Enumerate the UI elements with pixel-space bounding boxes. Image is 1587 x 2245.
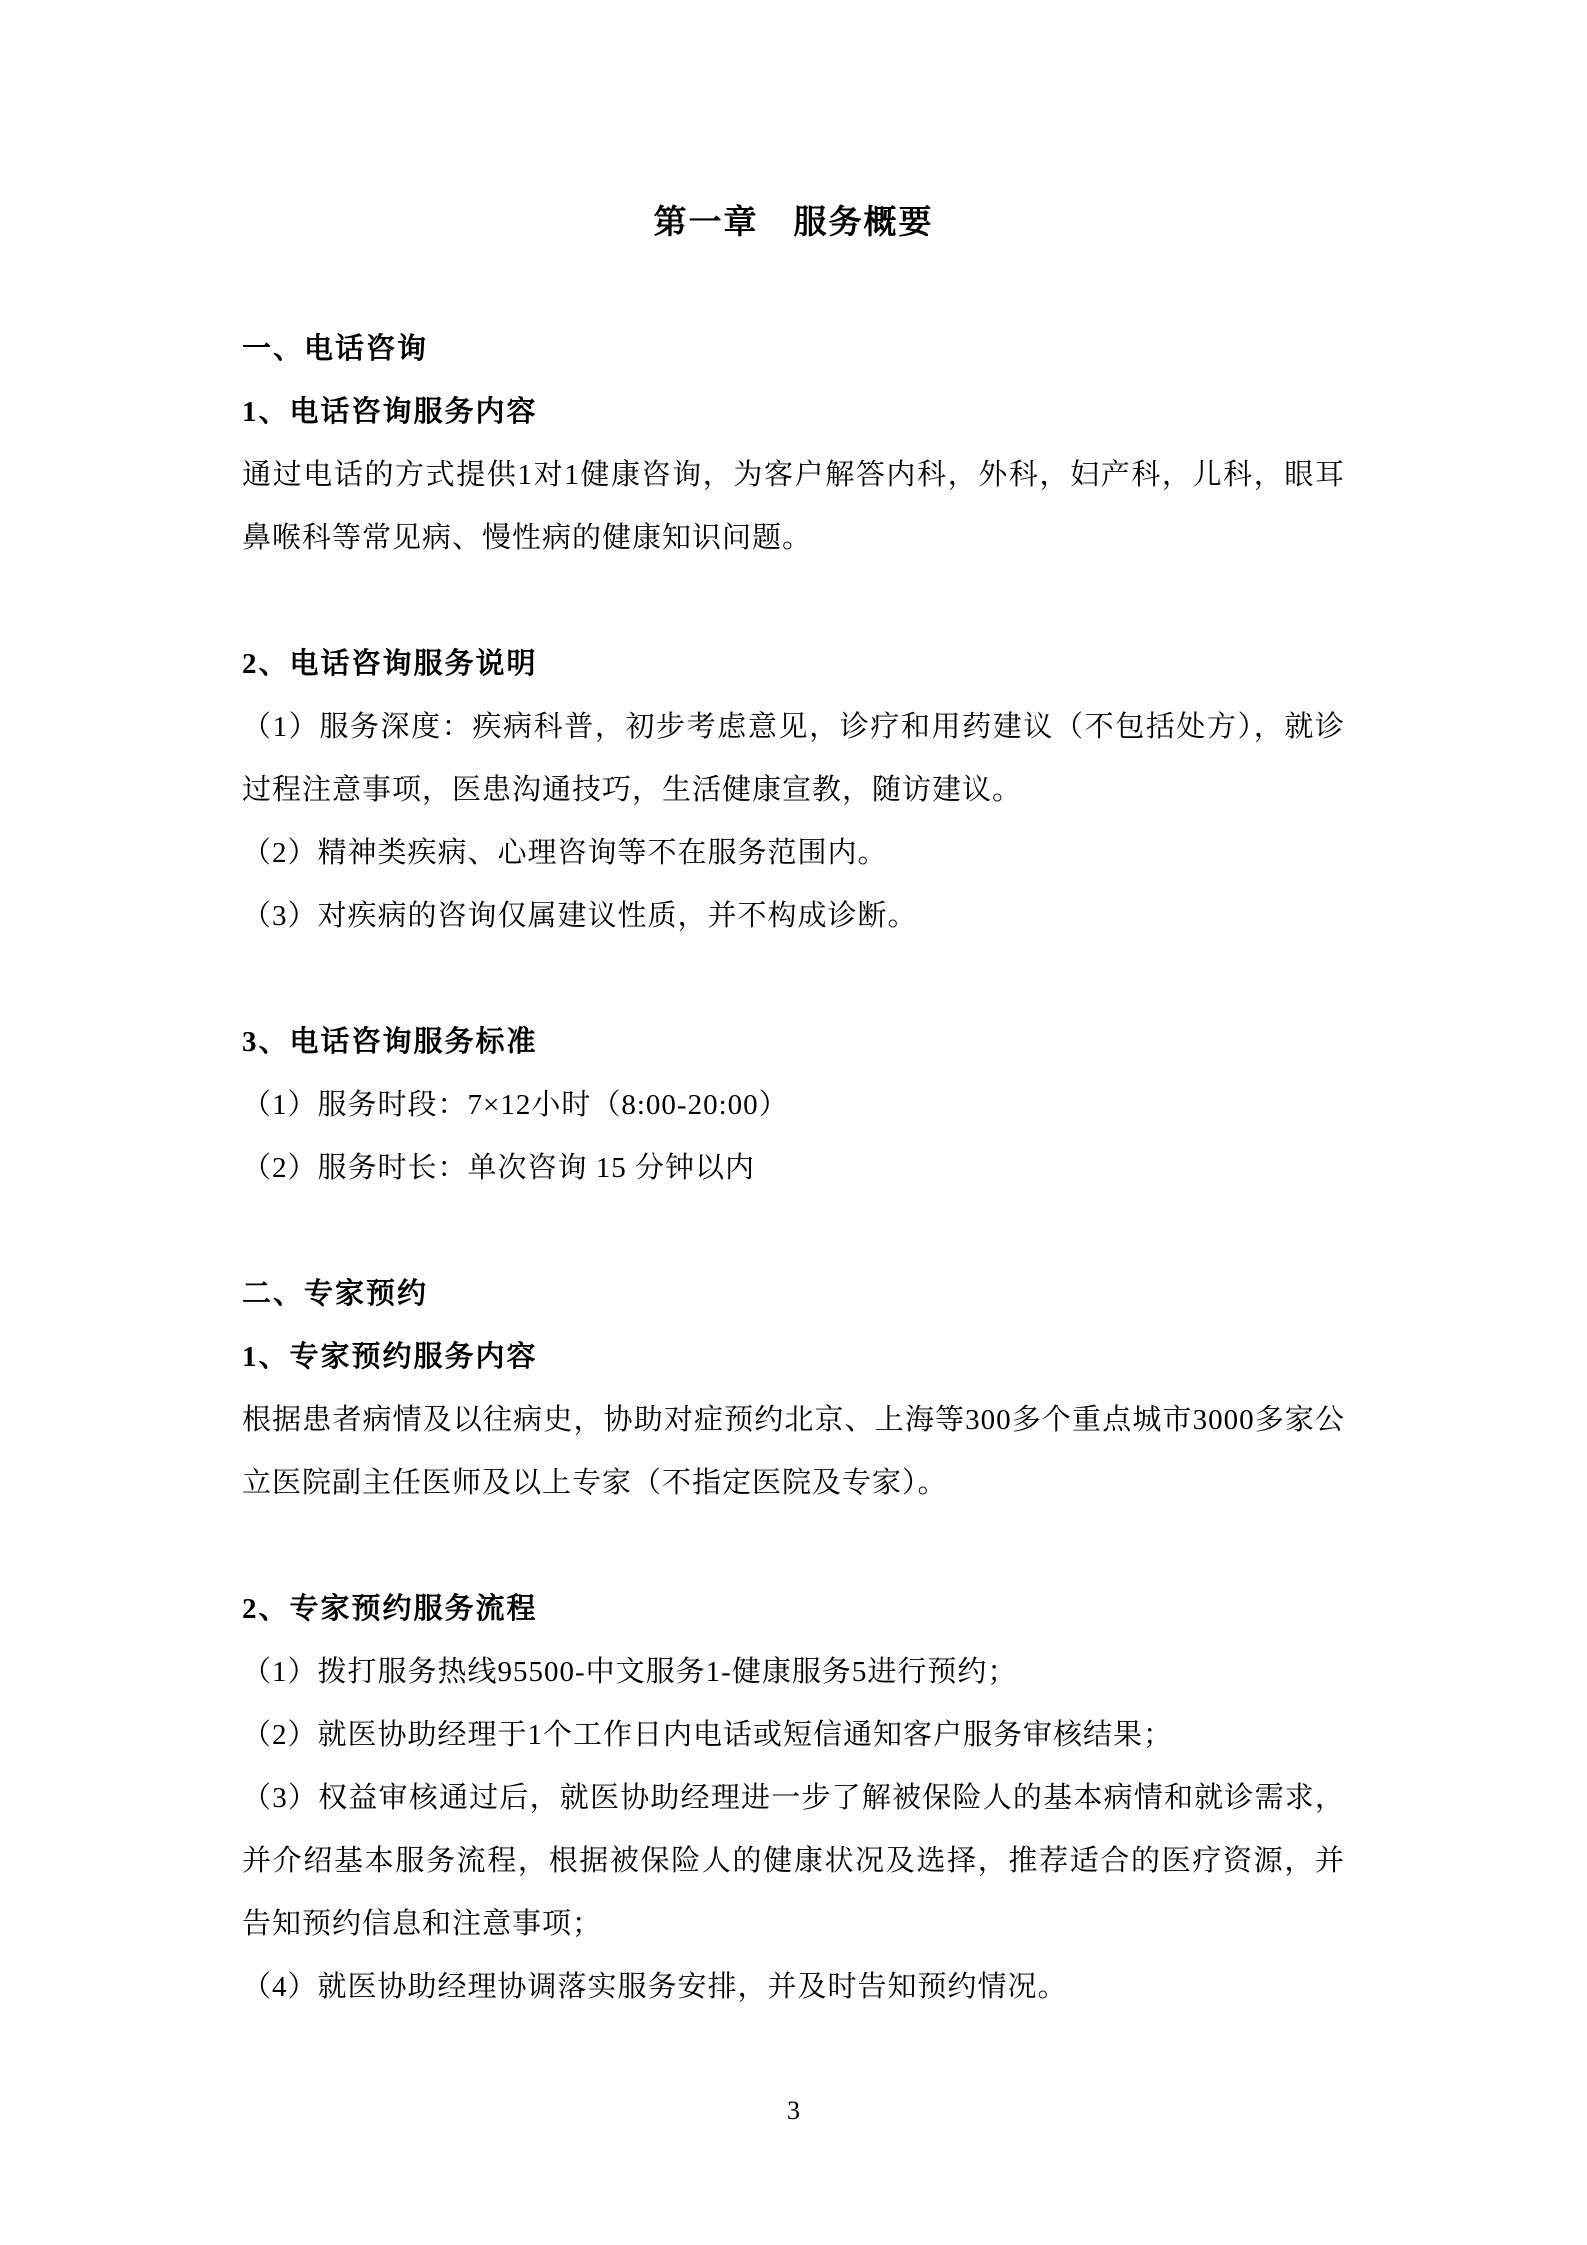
paragraph: （3）对疾病的咨询仅属建议性质，并不构成诊断。 <box>242 885 1345 948</box>
section-heading-expert-booking: 二、专家预约 <box>242 1263 1345 1326</box>
paragraph: 通过电话的方式提供1对1健康咨询，为客户解答内科，外科，妇产科，儿科，眼耳鼻喉科… <box>242 444 1345 570</box>
paragraph: （2）就医协助经理于1个工作日内电话或短信通知客户服务审核结果； <box>242 1704 1345 1767</box>
sub-heading-expert-booking-content: 1、专家预约服务内容 <box>242 1326 1345 1389</box>
sub-heading-phone-consult-content: 1、电话咨询服务内容 <box>242 381 1345 444</box>
sub-heading-phone-consult-notes: 2、电话咨询服务说明 <box>242 633 1345 696</box>
paragraph: （1）服务深度：疾病科普，初步考虑意见，诊疗和用药建议（不包括处方），就诊过程注… <box>242 696 1345 822</box>
chapter-title: 第一章 服务概要 <box>242 192 1345 255</box>
paragraph: 根据患者病情及以往病史，协助对症预约北京、上海等300多个重点城市3000多家公… <box>242 1389 1345 1515</box>
paragraph: （3）权益审核通过后，就医协助经理进一步了解被保险人的基本病情和就诊需求，并介绍… <box>242 1767 1345 1956</box>
paragraph: （2）精神类疾病、心理咨询等不在服务范围内。 <box>242 822 1345 885</box>
document-page: 第一章 服务概要 一、电话咨询 1、电话咨询服务内容 通过电话的方式提供1对1健… <box>0 0 1587 2245</box>
sub-heading-phone-consult-standard: 3、电话咨询服务标准 <box>242 1011 1345 1074</box>
paragraph: （2）服务时长：单次咨询 15 分钟以内 <box>242 1137 1345 1200</box>
sub-heading-expert-booking-process: 2、专家预约服务流程 <box>242 1578 1345 1641</box>
paragraph: （4）就医协助经理协调落实服务安排，并及时告知预约情况。 <box>242 1956 1345 2019</box>
paragraph: （1）拨打服务热线95500-中文服务1-健康服务5进行预约； <box>242 1641 1345 1704</box>
page-number: 3 <box>0 2095 1587 2127</box>
paragraph: （1）服务时段：7×12小时（8:00-20:00） <box>242 1074 1345 1137</box>
section-heading-phone-consult: 一、电话咨询 <box>242 318 1345 381</box>
